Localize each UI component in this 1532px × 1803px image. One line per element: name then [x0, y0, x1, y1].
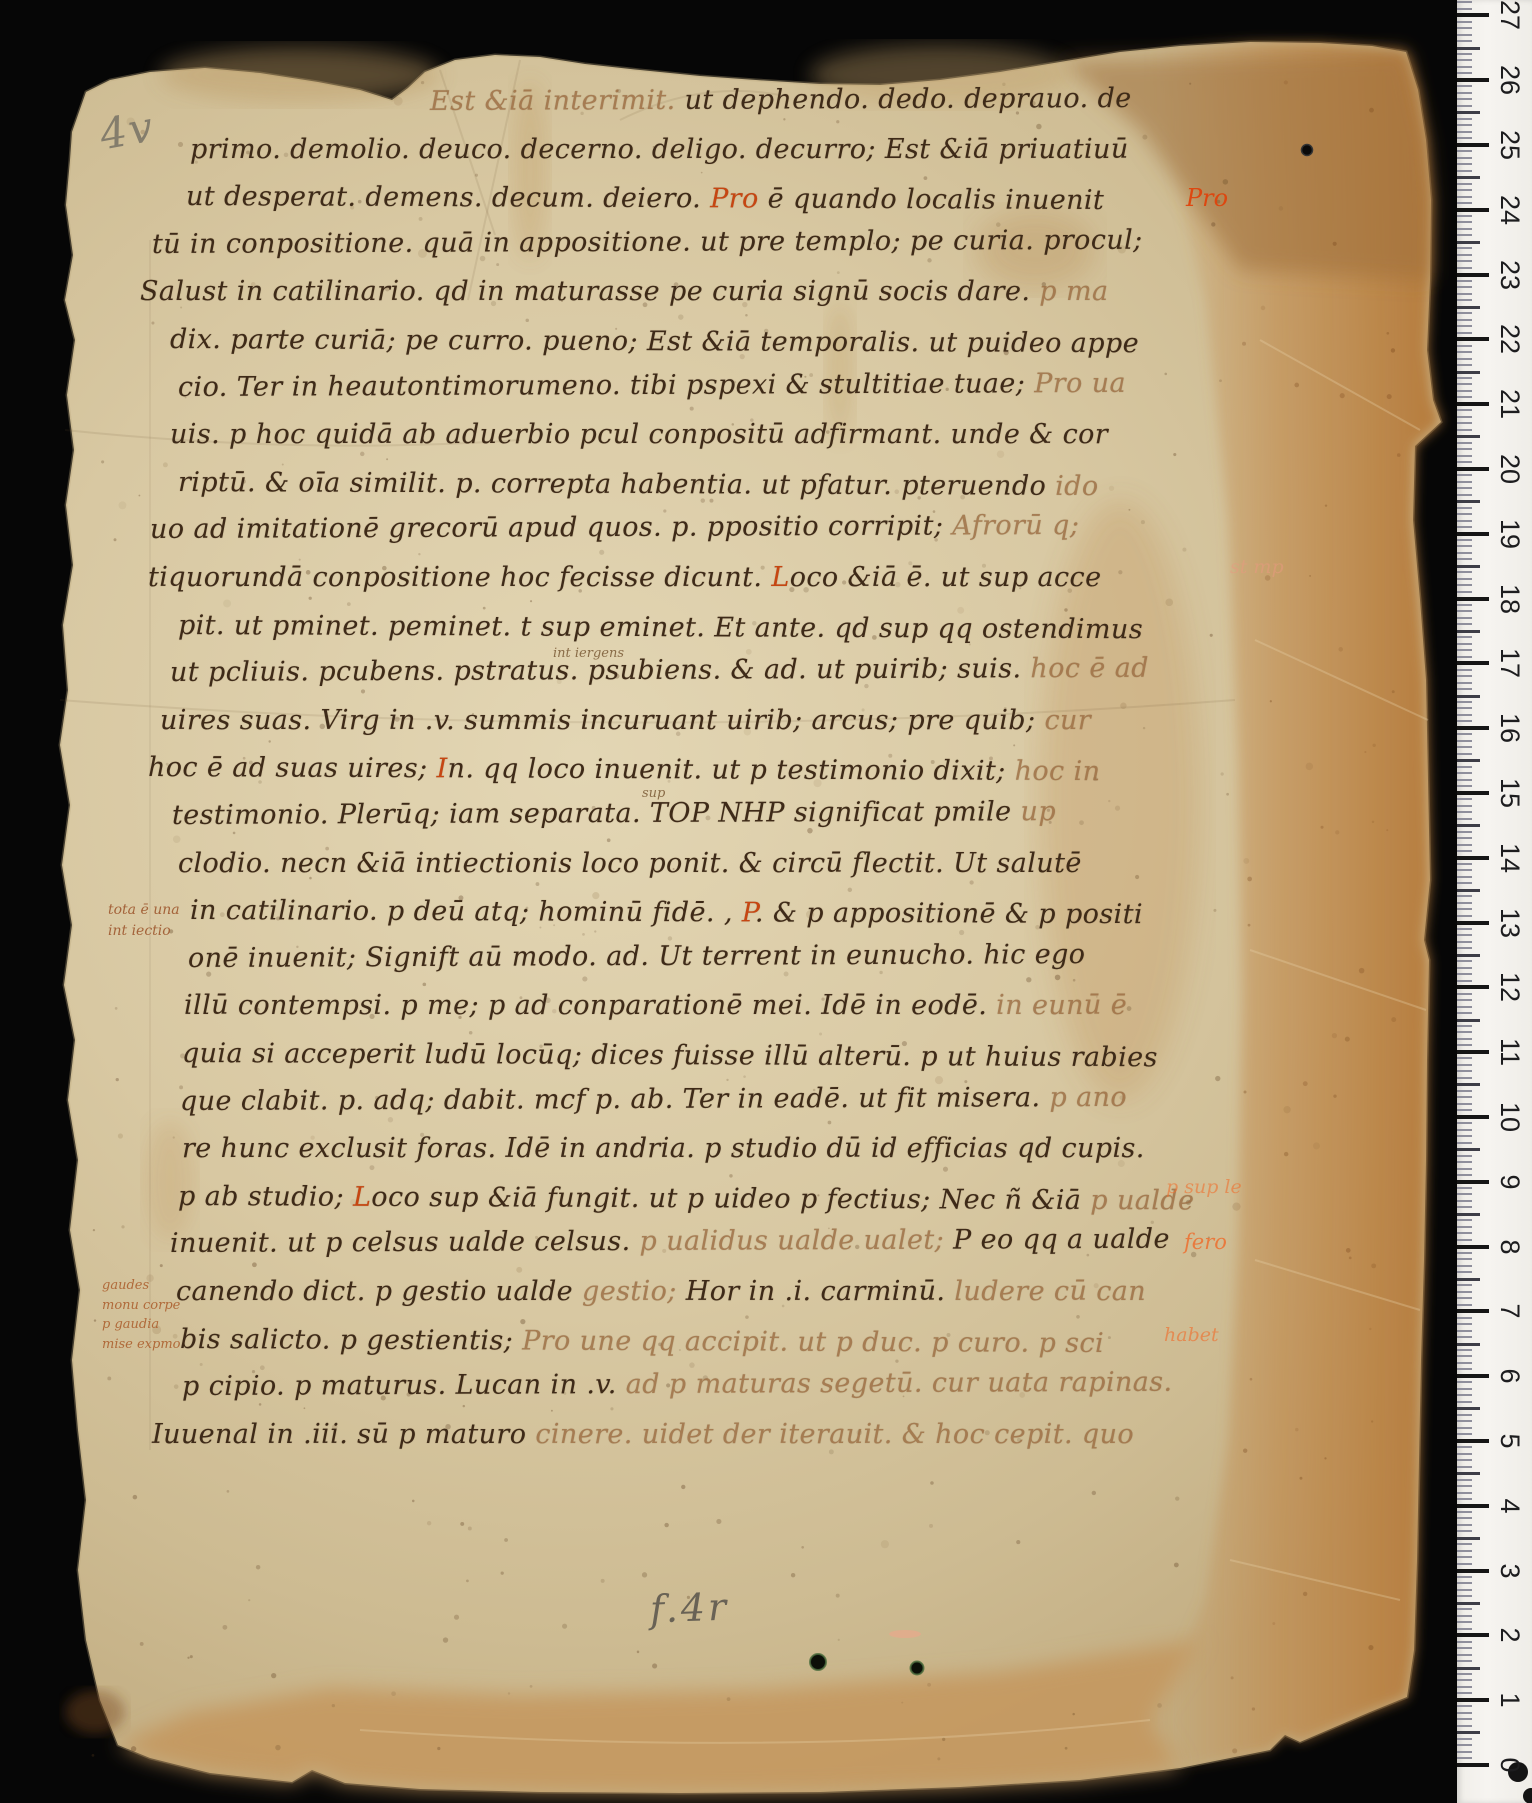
- manuscript-text-segment: p ma: [1039, 276, 1108, 307]
- manuscript-text-line: Salust in catilinario. qd in maturasse p…: [140, 276, 1108, 307]
- ruler-mm-tick: [1457, 1193, 1472, 1195]
- ruler-mm-tick: [1457, 993, 1472, 995]
- ruler-mm-tick: [1457, 571, 1472, 573]
- ruler-mm-tick: [1457, 1148, 1480, 1151]
- ruler-mm-tick: [1457, 21, 1472, 23]
- ruler-mm-tick: [1457, 72, 1472, 74]
- ruler-mm-tick: [1457, 345, 1472, 347]
- ruler-mm-tick: [1457, 1641, 1472, 1643]
- ruler-mm-tick: [1457, 714, 1472, 716]
- ruler-mm-tick: [1457, 1388, 1472, 1390]
- ruler-mm-tick: [1457, 1349, 1472, 1351]
- ruler-mm-tick: [1457, 163, 1472, 165]
- ruler-number: 24: [1497, 195, 1525, 225]
- ruler-mm-tick: [1457, 636, 1472, 638]
- ruler-mm-tick: [1457, 332, 1472, 334]
- margin-note-line: int iectio: [108, 921, 180, 942]
- ruler-mm-tick: [1457, 1265, 1472, 1267]
- ruler-mm-tick: [1457, 960, 1472, 962]
- manuscript-text-line: pit. ut pminet. peminet. t sup eminet. E…: [178, 610, 1143, 645]
- ruler-cm-tick: [1457, 1115, 1489, 1119]
- ruler-mm-tick: [1457, 1582, 1472, 1584]
- ruler-mm-tick: [1457, 371, 1480, 374]
- ruler-mm-tick: [1457, 1368, 1472, 1370]
- ruler-mm-tick: [1457, 1252, 1472, 1254]
- ruler-mm-tick: [1457, 895, 1472, 897]
- ruler-mm-tick: [1457, 837, 1472, 839]
- ruler-mm-tick: [1457, 1297, 1472, 1299]
- ruler-mm-tick: [1457, 980, 1472, 982]
- manuscript-text-segment: Pro ua: [1034, 367, 1126, 398]
- ruler-mm-tick: [1457, 740, 1472, 742]
- ruler-mm-tick: [1457, 1550, 1472, 1552]
- manuscript-text-segment: uis. p hoc quidā ab aduerbio pcul conpos…: [170, 419, 1108, 450]
- ruler-mm-tick: [1457, 1057, 1472, 1059]
- ruler-mm-tick: [1457, 941, 1472, 943]
- manuscript-text-line: dix. parte curiā; pe curro. pueno; Est &…: [170, 324, 1139, 359]
- ruler-cm-tick: [1457, 856, 1489, 860]
- manuscript-text-segment: ut desperat. demens. decum. deiero.: [186, 181, 710, 214]
- manuscript-text-segment: cinere. uidet der iterauit. & hoc cepit.…: [535, 1419, 1134, 1450]
- ruler-mm-tick: [1457, 720, 1472, 722]
- ruler-mm-tick: [1457, 494, 1472, 496]
- ruler-mm-tick: [1457, 805, 1472, 807]
- manuscript-text-line: que clabit. p. adq; dabit. mcf p. ab. Te…: [180, 1081, 1127, 1116]
- ruler-number: 13: [1497, 908, 1525, 938]
- ruler-mm-tick: [1457, 1083, 1480, 1086]
- ruler-mm-tick: [1457, 1070, 1472, 1072]
- manuscript-text-segment: canendo dict. p gestio ualde: [176, 1276, 582, 1307]
- ruler-mm-tick: [1457, 390, 1472, 392]
- ruler-cm-tick: [1457, 1569, 1489, 1573]
- ruler-number: 19: [1497, 519, 1525, 549]
- ruler-mm-tick: [1457, 254, 1472, 256]
- ruler-mm-tick: [1457, 1226, 1472, 1228]
- ruler-mm-tick: [1457, 1453, 1472, 1455]
- ruler-mm-tick: [1457, 1304, 1472, 1306]
- ruler-mm-tick: [1457, 487, 1472, 489]
- ruler-mm-tick: [1457, 260, 1472, 262]
- manuscript-text-segment: inuenit. ut p celsus ualde celsus.: [170, 1226, 640, 1259]
- ruler-mm-tick: [1457, 1355, 1472, 1357]
- ruler-mm-tick: [1457, 1576, 1472, 1578]
- ruler-mm-tick: [1457, 131, 1472, 133]
- ruler-number: 18: [1497, 584, 1525, 614]
- ruler-mm-tick: [1457, 513, 1472, 515]
- manuscript-text-segment: Salust in catilinario. qd in maturasse p…: [140, 276, 1039, 307]
- manuscript-text-line: Iuuenal in .iii. sū p maturo cinere. uid…: [152, 1419, 1134, 1450]
- manuscript-text-line: quia si acceperit ludū locūq; dices fuis…: [182, 1038, 1158, 1073]
- ruler-mm-tick: [1457, 675, 1472, 677]
- ruler-mm-tick: [1457, 934, 1472, 936]
- ruler-cm-tick: [1457, 597, 1489, 601]
- ruler-mm-tick: [1457, 1479, 1472, 1481]
- ruler-mm-tick: [1457, 170, 1472, 172]
- ruler-mm-tick: [1457, 280, 1472, 282]
- ruler-mm-tick: [1457, 1317, 1472, 1319]
- pencil-folio-mark-top: 4v: [96, 102, 158, 160]
- ruler-cm-tick: [1457, 1180, 1489, 1184]
- manuscript-text-line: in catilinario. p deū atq; hominū fidē. …: [190, 895, 1143, 930]
- ruler-mm-tick: [1457, 1608, 1472, 1610]
- ruler-cm-tick: [1457, 273, 1489, 277]
- manuscript-text-segment: L: [771, 562, 789, 593]
- ruler-number: 12: [1497, 972, 1525, 1002]
- ruler-mm-tick: [1457, 409, 1472, 411]
- ruler-mm-tick: [1457, 1414, 1472, 1416]
- ruler-number: 26: [1497, 65, 1525, 95]
- ruler-mm-tick: [1457, 507, 1472, 509]
- ruler-mm-tick: [1457, 1433, 1472, 1435]
- ruler-cm-tick: [1457, 985, 1489, 989]
- ruler-mm-tick: [1457, 1654, 1472, 1656]
- ruler-mm-tick: [1457, 1420, 1472, 1422]
- ruler-mm-tick: [1457, 1485, 1472, 1487]
- ruler-mm-tick: [1457, 1530, 1472, 1532]
- ruler-mm-tick: [1457, 578, 1472, 580]
- manuscript-text-segment: riptū. & oīa similit. p. correpta habent…: [178, 467, 1055, 502]
- manuscript-text-segment: n. qq loco inuenit. ut p testimonio dixi…: [448, 754, 1015, 787]
- ruler-mm-tick: [1457, 1712, 1472, 1714]
- ruler-mm-tick: [1457, 753, 1472, 755]
- ruler-mm-tick: [1457, 1401, 1472, 1403]
- interlinear-gloss: int iergens: [553, 646, 624, 661]
- ruler-mm-tick: [1457, 1738, 1472, 1740]
- ruler-mm-tick: [1457, 1751, 1472, 1753]
- ruler-mm-tick: [1457, 286, 1472, 288]
- ruler-mm-tick: [1457, 1168, 1472, 1170]
- ruler-mm-tick: [1457, 85, 1472, 87]
- manuscript-text-line: uo ad imitationē grecorū apud quos. p. p…: [150, 510, 1079, 545]
- ruler-mm-tick: [1457, 396, 1472, 398]
- ruler-mm-tick: [1457, 312, 1472, 314]
- ruler-mm-tick: [1457, 604, 1472, 606]
- ruler-cm-tick: [1457, 791, 1489, 795]
- ruler-mm-tick: [1457, 118, 1472, 120]
- margin-note-line: p gaudia: [102, 1315, 180, 1335]
- manuscript-text-line: clodio. necn &iā intiectionis loco ponit…: [178, 848, 1082, 879]
- ruler-cm-tick: [1457, 661, 1489, 665]
- ruler-mm-tick: [1457, 1271, 1472, 1273]
- manuscript-text-segment: P: [742, 898, 755, 929]
- ruler-mm-tick: [1457, 105, 1472, 107]
- ruler-mm-tick: [1457, 474, 1472, 476]
- manuscript-text-line: uis. p hoc quidā ab aduerbio pcul conpos…: [170, 419, 1108, 450]
- ruler-number: 1: [1497, 1685, 1525, 1715]
- ruler-mm-tick: [1457, 1, 1472, 3]
- margin-note-line: tota ē una: [108, 900, 180, 921]
- ruler-mm-tick: [1457, 1498, 1472, 1500]
- ruler-mm-tick: [1457, 779, 1472, 781]
- ruler-mm-tick: [1457, 902, 1472, 904]
- manuscript-text-line: ut desperat. demens. decum. deiero. Pro …: [186, 181, 1104, 216]
- ruler-mm-tick: [1457, 1757, 1472, 1759]
- ruler-mm-tick: [1457, 1647, 1472, 1649]
- ruler-mm-tick: [1457, 1291, 1472, 1293]
- ruler-mm-tick: [1457, 1031, 1472, 1033]
- ruler-mm-tick: [1457, 1135, 1472, 1137]
- ruler-mm-tick: [1457, 520, 1472, 522]
- ruler-mm-tick: [1457, 1232, 1472, 1234]
- manuscript-text-segment: testimonio. Plerūq; iam separata. TOP NH…: [172, 796, 1021, 831]
- ruler-mm-tick: [1457, 241, 1480, 244]
- right-margin-rubric: fero: [1184, 1230, 1227, 1254]
- ruler-mm-tick: [1457, 876, 1472, 878]
- ruler-mm-tick: [1457, 1589, 1472, 1591]
- ruler-mm-tick: [1457, 844, 1472, 846]
- margin-note-line: gaudes: [102, 1276, 180, 1296]
- pencil-folio-mark-bottom: f.4r: [649, 1585, 730, 1632]
- ruler-mm-tick: [1457, 1679, 1472, 1681]
- right-margin-rubric: Pro: [1186, 184, 1228, 212]
- manuscript-text-segment: dix. parte curiā; pe curro. pueno; Est &…: [170, 324, 1139, 359]
- ruler-mm-tick: [1457, 772, 1472, 774]
- ruler-mm-tick: [1457, 999, 1472, 1001]
- ruler-cm-tick: [1457, 337, 1489, 341]
- ruler-mm-tick: [1457, 1459, 1472, 1461]
- ruler-number: 3: [1497, 1556, 1525, 1586]
- manuscript-text-line: hoc ē ad suas uires; In. qq loco inuenit…: [148, 752, 1101, 787]
- ruler-mm-tick: [1457, 1219, 1472, 1221]
- ruler-number: 6: [1497, 1361, 1525, 1391]
- ruler-mm-tick: [1457, 1731, 1480, 1734]
- manuscript-text-segment: bis salicto. p gestientis;: [180, 1324, 522, 1356]
- manuscript-text-segment: ido: [1055, 471, 1099, 502]
- manuscript-text-segment: que clabit. p. adq; dabit. mcf p. ab. Te…: [180, 1082, 1050, 1117]
- ruler-mm-tick: [1457, 1615, 1472, 1617]
- ruler-mm-tick: [1457, 325, 1472, 327]
- ruler-mm-tick: [1457, 377, 1472, 379]
- ruler-mm-tick: [1457, 1744, 1472, 1746]
- ruler-mm-tick: [1457, 1705, 1472, 1707]
- manuscript-text-segment: gestio;: [582, 1276, 686, 1307]
- manuscript-text-segment: in eunū ē: [996, 990, 1127, 1021]
- manuscript-text-segment: p cipio. p maturus. Lucan in .v.: [182, 1369, 626, 1402]
- manuscript-text-segment: I: [436, 754, 447, 785]
- manuscript-text-segment: p ab studio;: [178, 1181, 353, 1213]
- manuscript-text-line: re hunc exclusit foras. Idē in andria. p…: [182, 1133, 1145, 1164]
- ruler-mm-tick: [1457, 1239, 1472, 1241]
- manuscript-text-line: bis salicto. p gestientis; Pro une qq ac…: [180, 1324, 1104, 1359]
- ruler-number: 0: [1497, 1750, 1525, 1780]
- ruler-mm-tick: [1457, 623, 1472, 625]
- ruler-cm-tick: [1457, 1374, 1489, 1378]
- ruler-mm-tick: [1457, 306, 1480, 309]
- ruler-mm-tick: [1457, 1343, 1480, 1346]
- ruler-number: 25: [1497, 130, 1525, 160]
- manuscript-text-segment: uires suas. Virg in .v. summis incuruant…: [160, 705, 1044, 736]
- ruler-cm-tick: [1457, 402, 1489, 406]
- ruler-mm-tick: [1457, 1213, 1480, 1216]
- manuscript-text-segment: Hor in .i. carminū.: [686, 1276, 955, 1307]
- dirt-spot: [1523, 1788, 1532, 1803]
- manuscript-text-segment: Est &iā interimit.: [430, 85, 685, 117]
- ruler-number: 8: [1497, 1232, 1525, 1262]
- ruler-mm-tick: [1457, 1427, 1472, 1429]
- ruler-mm-tick: [1457, 863, 1472, 865]
- manuscript-text-line: Est &iā interimit. ut dephendo. dedo. de…: [430, 83, 1132, 117]
- ruler-mm-tick: [1457, 1174, 1472, 1176]
- manuscript-text-segment: L: [353, 1182, 371, 1213]
- ruler-mm-tick: [1457, 1394, 1472, 1396]
- ruler-mm-tick: [1457, 1258, 1472, 1260]
- ruler-mm-tick: [1457, 811, 1472, 813]
- manuscript-text-line: canendo dict. p gestio ualde gestio; Hor…: [176, 1276, 1146, 1307]
- ruler-cm-tick: [1457, 208, 1489, 212]
- ruler-mm-tick: [1457, 234, 1472, 236]
- ruler-mm-tick: [1457, 1563, 1472, 1565]
- margin-note-line: monu corpe: [102, 1296, 180, 1316]
- ruler-mm-tick: [1457, 1472, 1480, 1475]
- ruler-mm-tick: [1457, 481, 1472, 483]
- ruler-mm-tick: [1457, 422, 1472, 424]
- ruler-number: 22: [1497, 324, 1525, 354]
- ruler-mm-tick: [1457, 1524, 1472, 1526]
- ruler-mm-tick: [1457, 299, 1472, 301]
- manuscript-text-segment: hoc ē ad: [1030, 653, 1149, 685]
- ruler-mm-tick: [1457, 759, 1480, 762]
- ruler-mm-tick: [1457, 973, 1472, 975]
- manuscript-text-segment: p ualidus ualde ualet;: [639, 1225, 953, 1257]
- ruler-number: 5: [1497, 1426, 1525, 1456]
- ruler-mm-tick: [1457, 53, 1472, 55]
- ruler-mm-tick: [1457, 364, 1472, 366]
- ruler-mm-tick: [1457, 1667, 1480, 1670]
- ruler-mm-tick: [1457, 358, 1472, 360]
- ruler-mm-tick: [1457, 455, 1472, 457]
- ruler-mm-tick: [1457, 1012, 1472, 1014]
- ruler-mm-tick: [1457, 1492, 1472, 1494]
- manuscript-text-segment: ut dephendo. dedo. deprauo. de: [685, 83, 1132, 116]
- ruler-mm-tick: [1457, 1323, 1472, 1325]
- manuscript-text-segment: tiquorundā conpositione hoc fecisse dicu…: [148, 562, 771, 593]
- manuscript-text-line: onē inuenit; Signift aū modo. ad. Ut ter…: [188, 939, 1086, 974]
- ruler-mm-tick: [1457, 1362, 1472, 1364]
- manuscript-text-line: tiquorundā conpositione hoc fecisse dicu…: [148, 562, 1101, 593]
- manuscript-text-segment: tū in conpositione. quā in appositione. …: [152, 224, 1143, 259]
- ruler-mm-tick: [1457, 1595, 1472, 1597]
- manuscript-text-segment: illū contempsi. p me; p ad conparationē …: [184, 990, 996, 1021]
- ruler-number: 2: [1497, 1620, 1525, 1650]
- ruler-mm-tick: [1457, 1206, 1472, 1208]
- ruler-cm-tick: [1457, 1633, 1489, 1637]
- manuscript-text-segment: p ano: [1049, 1081, 1127, 1112]
- manuscript-text-segment: oco sup &iā fungit. ut p uideo p fectius…: [371, 1182, 1090, 1216]
- ruler-mm-tick: [1457, 1096, 1472, 1098]
- ruler-mm-tick: [1457, 1038, 1472, 1040]
- ruler-mm-tick: [1457, 176, 1480, 179]
- ruler-mm-tick: [1457, 947, 1472, 949]
- ruler-mm-tick: [1457, 617, 1472, 619]
- ruler-cm-tick: [1457, 726, 1489, 730]
- ruler-mm-tick: [1457, 850, 1472, 852]
- manuscript-text-layer: 4v f.4r Est &iā interimit. ut dephendo. …: [0, 0, 1532, 1803]
- ruler-number: 20: [1497, 454, 1525, 484]
- ruler-mm-tick: [1457, 1336, 1472, 1338]
- ruler-mm-tick: [1457, 882, 1472, 884]
- ruler-number: 15: [1497, 778, 1525, 808]
- ruler-mm-tick: [1457, 1142, 1472, 1144]
- ruler-mm-tick: [1457, 707, 1472, 709]
- ruler-mm-tick: [1457, 1621, 1472, 1623]
- ruler-mm-tick: [1457, 1155, 1472, 1157]
- ruler-cm-tick: [1457, 1698, 1489, 1702]
- ruler-mm-tick: [1457, 221, 1472, 223]
- ruler-mm-tick: [1457, 1006, 1472, 1008]
- ruler-number: 14: [1497, 843, 1525, 873]
- ruler-mm-tick: [1457, 1725, 1472, 1727]
- ruler-mm-tick: [1457, 643, 1472, 645]
- right-margin-rubric: p sup le: [1166, 1176, 1242, 1198]
- manuscript-text-segment: clodio. necn &iā intiectionis loco ponit…: [178, 848, 1082, 879]
- ruler-mm-tick: [1457, 1077, 1472, 1079]
- ruler-mm-tick: [1457, 442, 1472, 444]
- manuscript-text-segment: oco &iā ē. ut sup acce: [790, 562, 1102, 593]
- manuscript-text-segment: cur: [1044, 705, 1091, 736]
- margin-note-line: mise expmo: [102, 1335, 180, 1355]
- ruler-mm-tick: [1457, 565, 1480, 568]
- ruler-cm-tick: [1457, 1309, 1489, 1313]
- ruler-mm-tick: [1457, 293, 1472, 295]
- ruler-mm-tick: [1457, 150, 1472, 152]
- ruler-mm-tick: [1457, 1628, 1472, 1630]
- ruler-mm-tick: [1457, 818, 1472, 820]
- ruler-mm-tick: [1457, 1025, 1472, 1027]
- ruler-mm-tick: [1457, 1278, 1480, 1281]
- ruler-number: 27: [1497, 0, 1525, 30]
- manuscript-text-line: primo. demolio. deuco. decerno. deligo. …: [190, 134, 1129, 165]
- manuscript-text-segment: onē inuenit; Signift aū modo. ad. Ut ter…: [188, 939, 1086, 974]
- manuscript-text-segment: . & p appositionē & p positi: [755, 898, 1143, 931]
- left-margin-note: gaudesmonu corpep gaudiamise expmo: [102, 1276, 180, 1354]
- ruler-mm-tick: [1457, 701, 1472, 703]
- manuscript-text-line: ut pcliuis. pcubens. pstratus. psubiens.…: [170, 653, 1149, 688]
- ruler-mm-tick: [1457, 831, 1472, 833]
- ruler-mm-tick: [1457, 59, 1472, 61]
- ruler-cm-tick: [1457, 78, 1489, 82]
- ruler-number: 11: [1497, 1037, 1525, 1067]
- ruler-mm-tick: [1457, 824, 1480, 827]
- manuscript-text-line: tū in conpositione. quā in appositione. …: [152, 224, 1143, 259]
- ruler-mm-tick: [1457, 1673, 1472, 1675]
- ruler-mm-tick: [1457, 92, 1472, 94]
- ruler-mm-tick: [1457, 247, 1472, 249]
- ruler-number: 9: [1497, 1167, 1525, 1197]
- manuscript-text-segment: in catilinario. p deū atq; hominū fidē. …: [190, 895, 742, 928]
- ruler-mm-tick: [1457, 1446, 1472, 1448]
- ruler-mm-tick: [1457, 1090, 1472, 1092]
- manuscript-text-segment: Pro une qq accipit. ut p duc. p curo. p …: [522, 1325, 1104, 1359]
- ruler-mm-tick: [1457, 383, 1472, 385]
- ruler-number: 21: [1497, 389, 1525, 419]
- ruler-number: 16: [1497, 713, 1525, 743]
- ruler-mm-tick: [1457, 319, 1472, 321]
- ruler-mm-tick: [1457, 202, 1472, 204]
- ruler-number: 17: [1497, 648, 1525, 678]
- ruler-mm-tick: [1457, 1044, 1472, 1046]
- ruler-mm-tick: [1457, 8, 1472, 10]
- manuscript-text-line: uires suas. Virg in .v. summis incuruant…: [160, 705, 1091, 736]
- ruler-mm-tick: [1457, 591, 1472, 593]
- manuscript-text-segment: cio. Ter in heautontimorumeno. tibi pspe…: [178, 368, 1034, 403]
- photo-backdrop: 4v f.4r Est &iā interimit. ut dephendo. …: [0, 0, 1532, 1803]
- ruler-mm-tick: [1457, 649, 1472, 651]
- ruler-cm-tick: [1457, 1504, 1489, 1508]
- ruler-mm-tick: [1457, 584, 1472, 586]
- ruler-cm-tick: [1457, 13, 1489, 17]
- manuscript-text-segment: ē quando localis inuenit: [759, 184, 1105, 217]
- ruler-mm-tick: [1457, 416, 1472, 418]
